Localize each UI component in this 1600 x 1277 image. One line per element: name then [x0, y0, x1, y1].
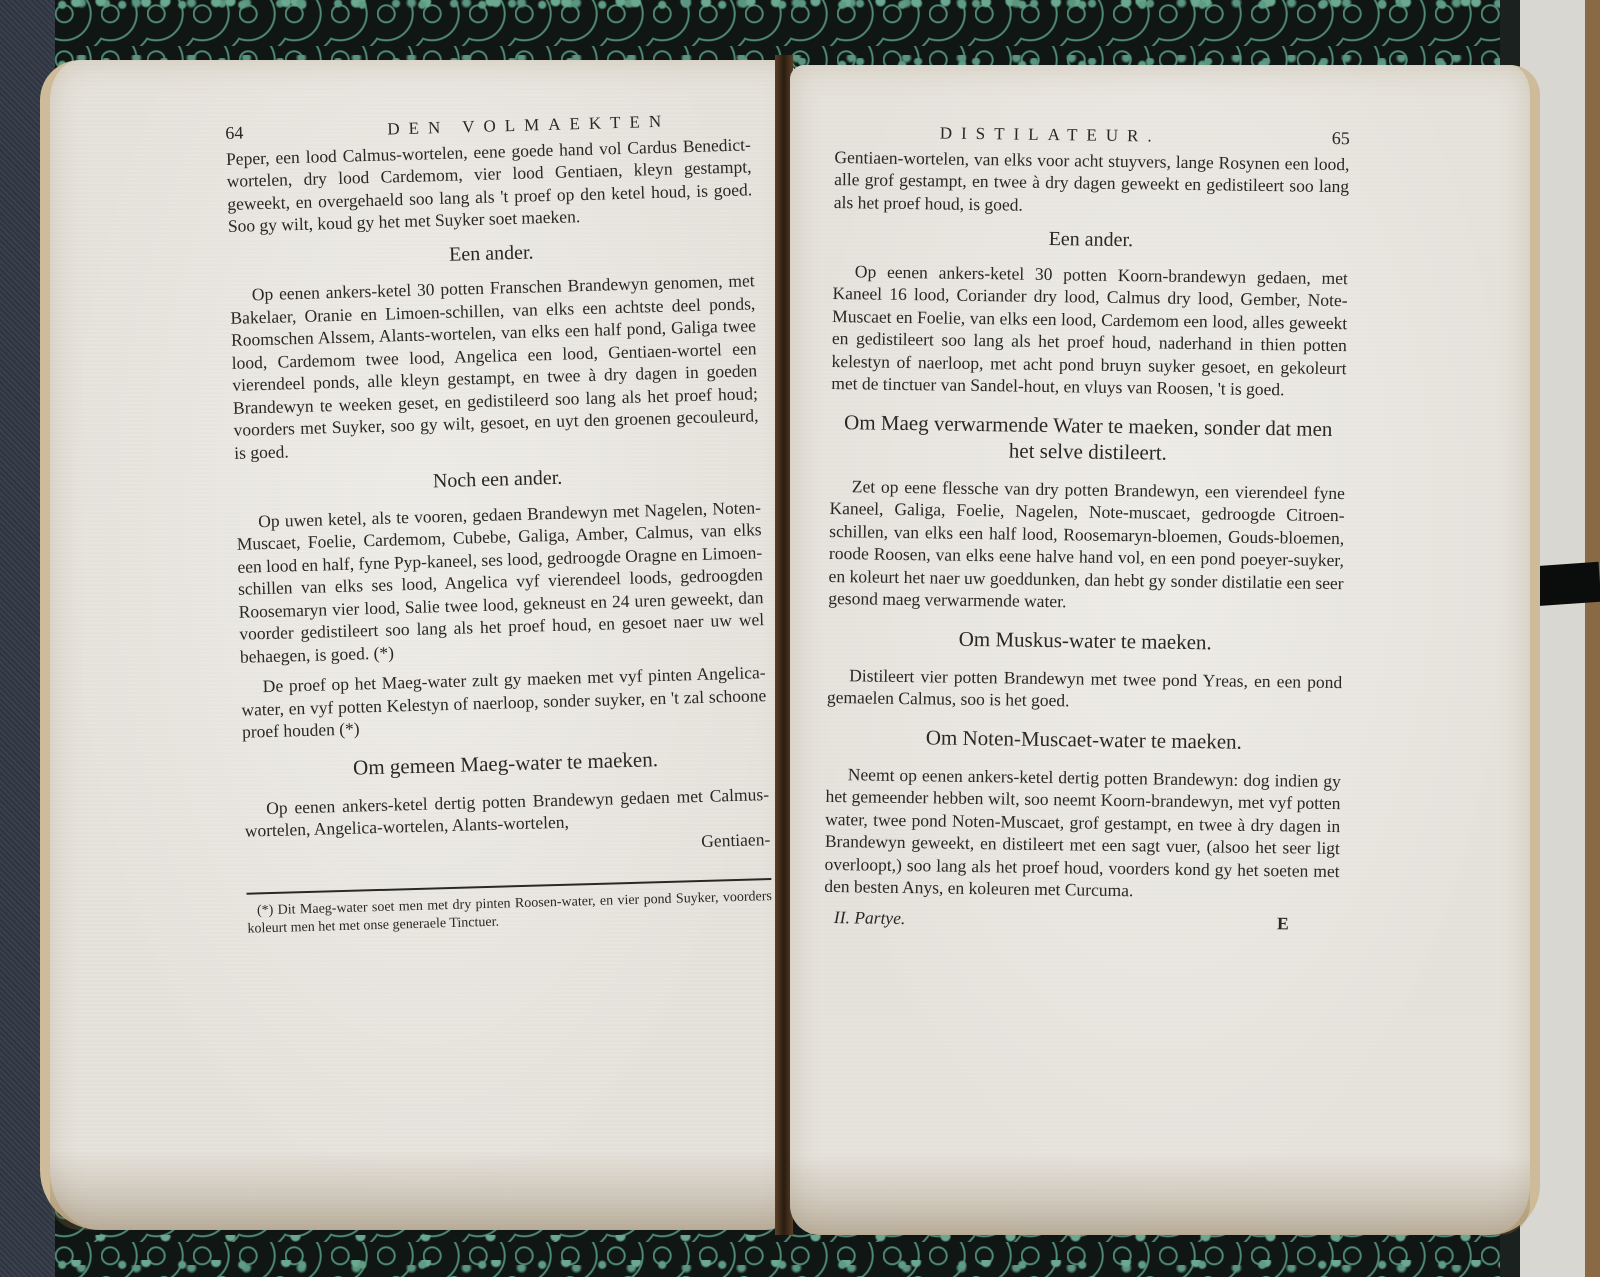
paragraph: Op uwen ketel, als te vooren, gedaen Bra… — [236, 496, 765, 668]
paragraph: Distileert vier potten Brandewyn met twe… — [827, 663, 1343, 715]
footnote: (*) Dit Maeg-water soet men met dry pint… — [247, 888, 773, 939]
paragraph: Op eenen ankers-ketel 30 potten Fransche… — [230, 269, 760, 464]
section-heading: Om Maeg verwarmende Water te maeken, son… — [830, 408, 1346, 467]
section-heading: Een ander. — [833, 225, 1348, 255]
section-heading: Om gemeen Maeg-water te maeken. — [243, 743, 769, 784]
left-page: 64 DEN VOLMAEKTEN Peper, een lood Calmus… — [40, 60, 795, 1230]
paragraph: Neemt op eenen ankers-ketel dertig potte… — [824, 762, 1341, 904]
page-stain — [790, 1155, 1530, 1235]
running-title: DISTILATEUR. — [940, 122, 1161, 148]
page-number: 65 — [1332, 127, 1350, 150]
signature-line: II. Partye. E — [824, 905, 1339, 935]
paragraph: Gentiaen-wortelen, van elks voor acht st… — [834, 145, 1350, 220]
paragraph: De proef op het Maeg-water zult gy maeke… — [240, 661, 767, 743]
page-stain — [50, 1150, 795, 1230]
left-page-text: 64 DEN VOLMAEKTEN Peper, een lood Calmus… — [225, 107, 773, 946]
section-heading: Een ander. — [229, 235, 754, 272]
section-heading: Om Muskus-water te maeken. — [828, 623, 1343, 656]
section-heading: Om Noten-Muscaet-water te maeken. — [826, 722, 1341, 755]
paragraph: Op eenen ankers-ketel 30 potten Koorn-br… — [831, 259, 1348, 401]
page-number: 64 — [225, 121, 244, 144]
right-page: DISTILATEUR. 65 Gentiaen-wortelen, van e… — [790, 65, 1540, 1235]
part-label: II. Partye. — [834, 906, 906, 929]
signature-mark: E — [1277, 912, 1289, 935]
paragraph: Peper, een lood Calmus-wortelen, eene go… — [226, 133, 753, 238]
right-page-text: DISTILATEUR. 65 Gentiaen-wortelen, van e… — [824, 120, 1350, 935]
paragraph: Zet op eene flessche van dry potten Bran… — [828, 474, 1345, 616]
section-heading: Noch een ander. — [235, 461, 760, 498]
